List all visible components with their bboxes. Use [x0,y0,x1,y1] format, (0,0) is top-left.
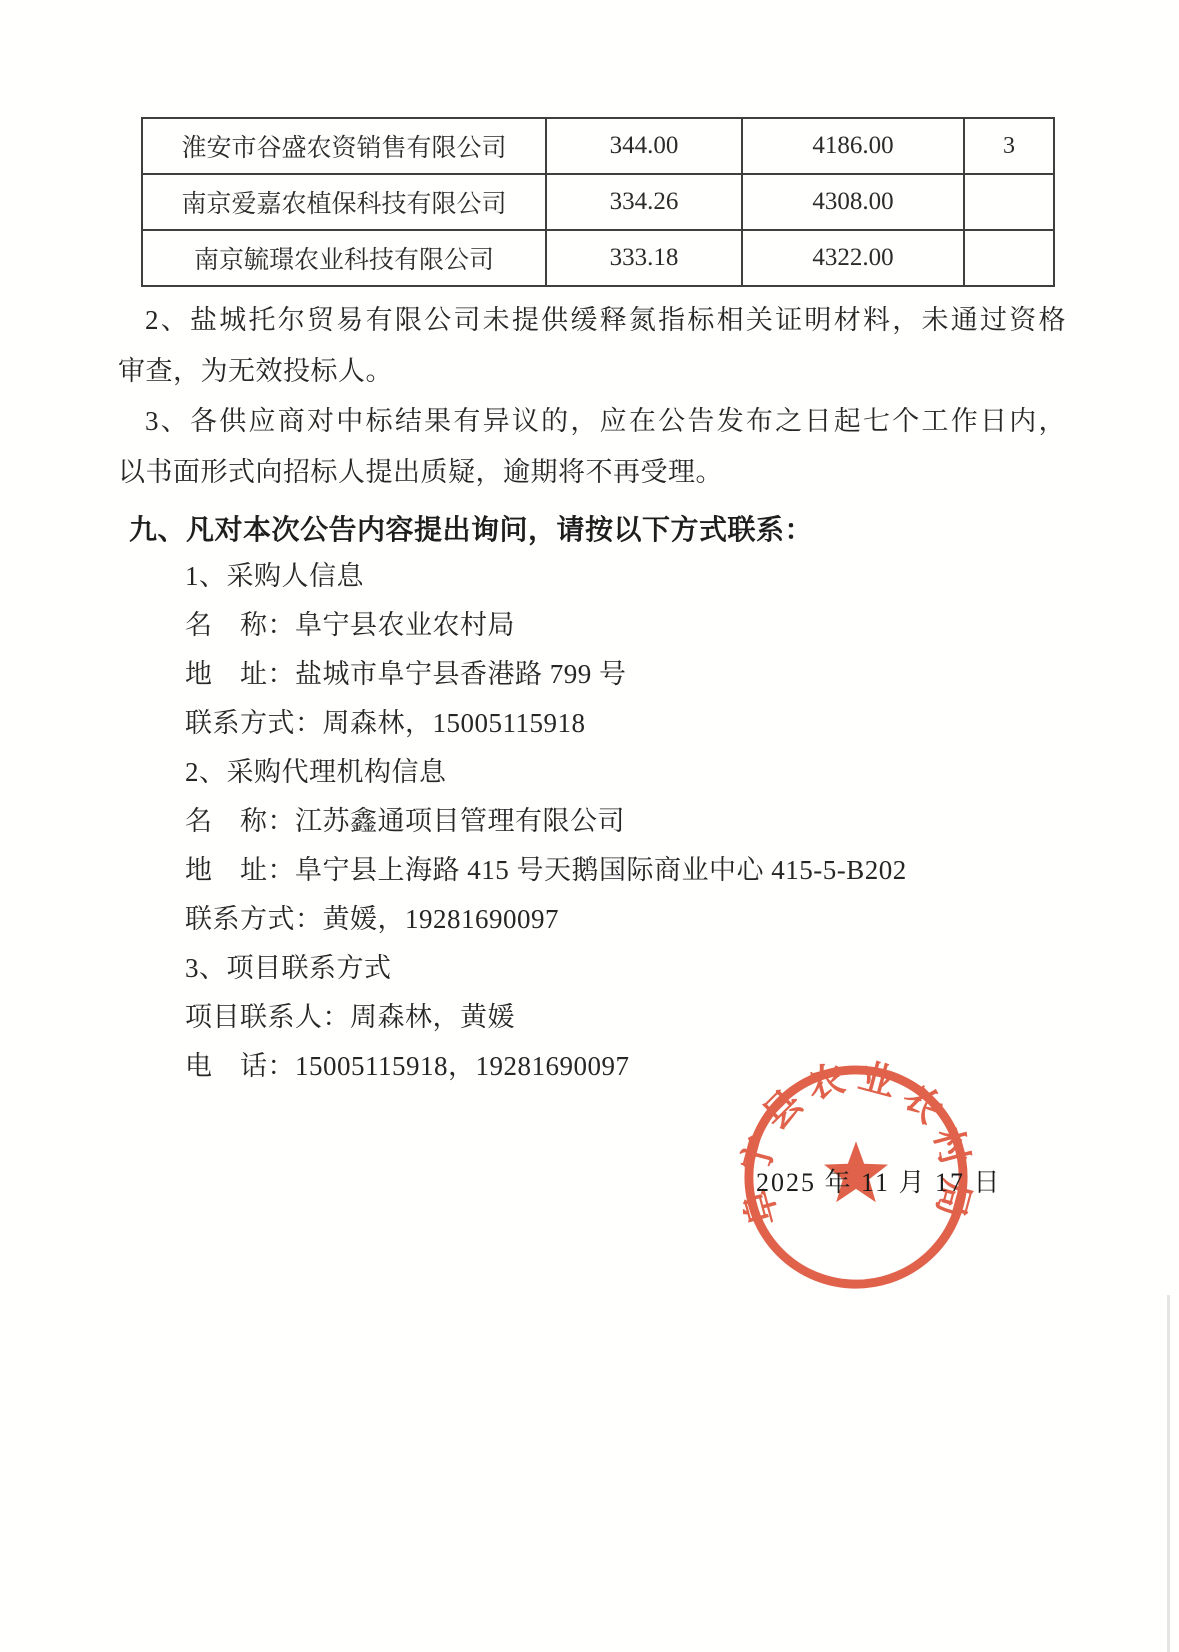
amount-cell: 4308.00 [742,174,964,230]
company-name-cell: 南京毓璟农业科技有限公司 [142,230,546,286]
contact-line: 1、采购人信息 [185,552,907,601]
contact-line: 名 称：阜宁县农业农村局 [185,601,907,650]
table-row: 南京爱嘉农植保科技有限公司 334.26 4308.00 [142,174,1054,230]
rank-cell [964,174,1054,230]
paragraph-invalid-bidder: 2、盐城托尔贸易有限公司未提供缓释氮指标相关证明材料，未通过资格 审查，为无效投… [118,295,1066,396]
contact-info-block: 1、采购人信息 名 称：阜宁县农业农村局 地 址：盐城市阜宁县香港路 799 号… [185,552,907,1091]
company-name-cell: 南京爱嘉农植保科技有限公司 [142,174,546,230]
contact-line: 项目联系人：周森林，黄媛 [185,993,907,1042]
section-nine-heading: 九、凡对本次公告内容提出询问，请按以下方式联系： [129,508,813,548]
table-row: 南京毓璟农业科技有限公司 333.18 4322.00 [142,230,1054,286]
bid-price-cell: 334.26 [546,174,742,230]
paragraph-objection-procedure: 3、各供应商对中标结果有异议的，应在公告发布之日起七个工作日内， 以书面形式向招… [118,396,1066,497]
contact-line: 联系方式：周森林，15005115918 [185,699,907,748]
paragraph-line: 审查，为无效投标人。 [118,346,1066,397]
contact-line: 地 址：阜宁县上海路 415 号天鹅国际商业中心 415-5-B202 [185,846,907,895]
contact-line: 地 址：盐城市阜宁县香港路 799 号 [185,650,907,699]
rank-cell [964,230,1054,286]
bid-price-cell: 333.18 [546,230,742,286]
contact-line: 名 称：江苏鑫通项目管理有限公司 [185,797,907,846]
contact-line: 3、项目联系方式 [185,944,907,993]
scan-edge-artifact [1167,1295,1170,1652]
contact-line: 2、采购代理机构信息 [185,748,907,797]
amount-cell: 4322.00 [742,230,964,286]
company-name-cell: 淮安市谷盛农资销售有限公司 [142,118,546,174]
contact-line: 联系方式：黄媛，19281690097 [185,895,907,944]
paragraph-line: 以书面形式向招标人提出质疑，逾期将不再受理。 [118,447,1066,498]
rank-cell: 3 [964,118,1054,174]
bid-price-cell: 344.00 [546,118,742,174]
amount-cell: 4186.00 [742,118,964,174]
document-page: 淮安市谷盛农资销售有限公司 344.00 4186.00 3 南京爱嘉农植保科技… [0,0,1179,1652]
paragraph-line: 2、盐城托尔贸易有限公司未提供缓释氮指标相关证明材料，未通过资格 [118,295,1066,346]
table-row: 淮安市谷盛农资销售有限公司 344.00 4186.00 3 [142,118,1054,174]
date-text: 2025 年 11 月 17 日 [756,1162,1002,1199]
bid-results-table: 淮安市谷盛农资销售有限公司 344.00 4186.00 3 南京爱嘉农植保科技… [141,117,1055,287]
paragraph-line: 3、各供应商对中标结果有异议的，应在公告发布之日起七个工作日内， [118,396,1066,447]
